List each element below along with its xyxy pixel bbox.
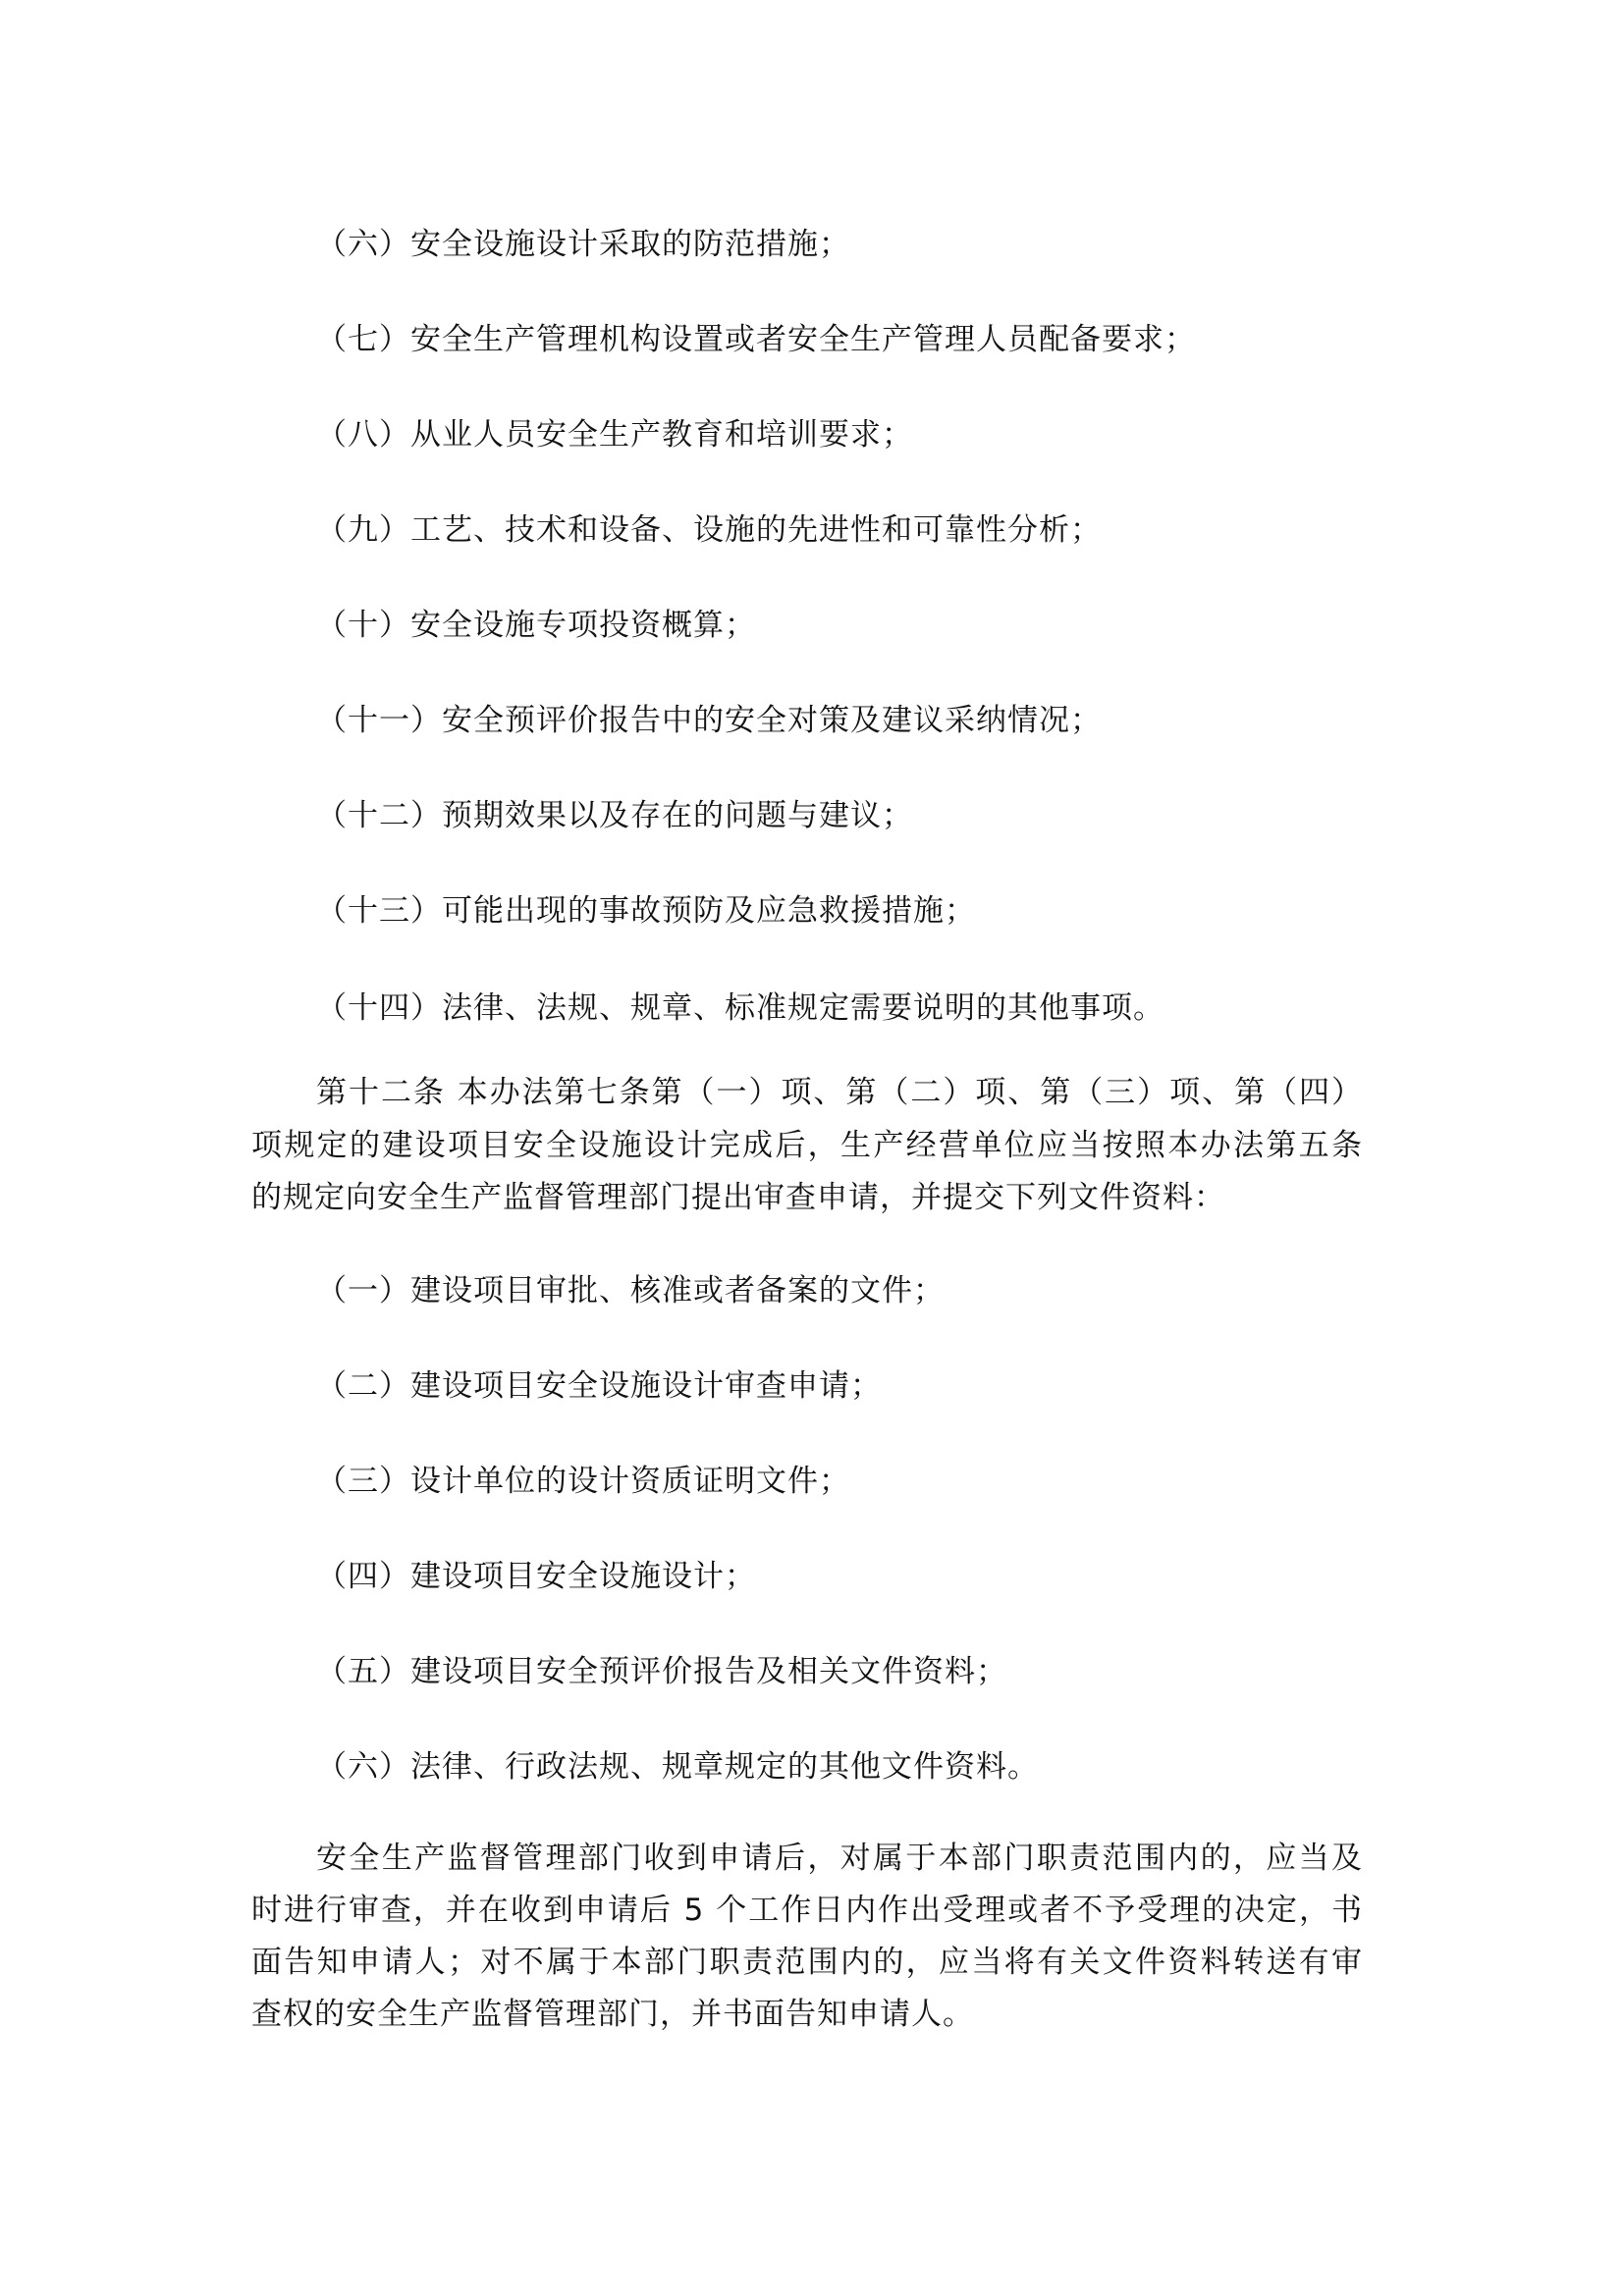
doc-item-6-other-documents: （六）法律、行政法规、规章规定的其他文件资料。 bbox=[316, 1747, 1428, 1787]
closing-line-3: 面告知申请人；对不属于本部门职责范围内的，应当将有关文件资料转送有审 bbox=[251, 1943, 1363, 1982]
closing-line-2: 时进行审查，并在收到申请后 5 个工作日内作出受理或者不予受理的决定，书 bbox=[251, 1891, 1363, 1930]
list-item-11-pre-evaluation: （十一）安全预评价报告中的安全对策及建议采纳情况； bbox=[316, 701, 1428, 740]
list-item-13-emergency-measures: （十三）可能出现的事故预防及应急救援措施； bbox=[316, 891, 1428, 931]
doc-item-2-review-application: （二）建设项目安全设施设计审查申请； bbox=[316, 1366, 1428, 1406]
doc-item-5-pre-evaluation-report: （五）建设项目安全预评价报告及相关文件资料； bbox=[316, 1652, 1428, 1691]
article-12-line-1: 第十二条 本办法第七条第（一）项、第（二）项、第（三）项、第（四） bbox=[316, 1073, 1363, 1112]
article-12-line-3: 的规定向安全生产监督管理部门提出审查申请，并提交下列文件资料： bbox=[251, 1178, 1363, 1217]
list-item-12-expected-effects: （十二）预期效果以及存在的问题与建议； bbox=[316, 796, 1428, 835]
list-item-10-investment-budget: （十）安全设施专项投资概算； bbox=[316, 606, 1428, 645]
list-item-6-safety-measures: （六）安全设施设计采取的防范措施； bbox=[316, 225, 1428, 264]
closing-line-1: 安全生产监督管理部门收到申请后，对属于本部门职责范围内的，应当及 bbox=[316, 1839, 1363, 1878]
article-12-line-2: 项规定的建设项目安全设施设计完成后，生产经营单位应当按照本办法第五条 bbox=[251, 1126, 1363, 1165]
document-page: （六）安全设施设计采取的防范措施； （七）安全生产管理机构设置或者安全生产管理人… bbox=[0, 0, 1624, 2296]
list-item-8-training: （八）从业人员安全生产教育和培训要求； bbox=[316, 415, 1428, 454]
list-item-7-management-staffing: （七）安全生产管理机构设置或者安全生产管理人员配备要求； bbox=[316, 320, 1428, 359]
list-item-14-other-matters: （十四）法律、法规、规章、标准规定需要说明的其他事项。 bbox=[316, 988, 1428, 1028]
list-item-9-process-analysis: （九）工艺、技术和设备、设施的先进性和可靠性分析； bbox=[316, 510, 1428, 550]
doc-item-1-approval: （一）建设项目审批、核准或者备案的文件； bbox=[316, 1271, 1428, 1310]
doc-item-3-qualification: （三）设计单位的设计资质证明文件； bbox=[316, 1462, 1428, 1501]
closing-line-4: 查权的安全生产监督管理部门，并书面告知申请人。 bbox=[251, 1995, 1363, 2034]
doc-item-4-design: （四）建设项目安全设施设计； bbox=[316, 1557, 1428, 1596]
